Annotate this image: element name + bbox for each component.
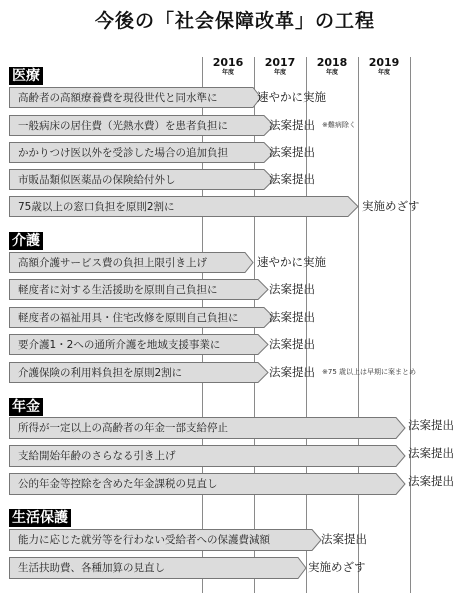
year-unit: 年度: [255, 69, 305, 76]
chart-title: 今後の「社会保障改革」の工程: [0, 6, 470, 33]
timeline-bar: 75歳以上の窓口負担を原則2割に: [9, 196, 359, 217]
milestone-label: 法案提出: [269, 362, 315, 383]
bar-label: 公的年金等控除を含めた年金課税の見直し: [18, 473, 218, 494]
bar-label: 介護保険の利用料負担を原則2割に: [18, 362, 182, 383]
milestone-label: 速やかに実施: [257, 87, 326, 108]
milestone-label: 法案提出: [269, 334, 315, 355]
year-label: 2016: [203, 57, 253, 69]
timeline-bar: 一般病床の居住費（光熱水費）を患者負担に: [9, 115, 275, 136]
timeline-bar: 要介護1・2への通所介護を地域支援事業に: [9, 334, 269, 355]
timeline-bar: 介護保険の利用料負担を原則2割に: [9, 362, 269, 383]
bar-label: 軽度者に対する生活援助を原則自己負担に: [18, 279, 218, 300]
year-header-2018: 2018 年度: [307, 57, 357, 76]
bar-label: 75歳以上の窓口負担を原則2割に: [18, 196, 175, 217]
year-label: 2019: [359, 57, 409, 69]
milestone-label: 実施めざす: [362, 196, 420, 217]
bar-label: 市販品類似医薬品の保険給付外し: [18, 169, 176, 190]
gridline-end: [410, 57, 411, 593]
year-header-2019: 2019 年度: [359, 57, 409, 76]
milestone-note: ※75 歳以上は早期に案まとめ: [322, 362, 416, 383]
year-label: 2017: [255, 57, 305, 69]
bar-label: 能力に応じた就労等を行わない受給者への保護費減額: [18, 529, 270, 550]
year-unit: 年度: [307, 69, 357, 76]
milestone-note: ※難病除く: [322, 115, 356, 136]
timeline-bar: 所得が一定以上の高齢者の年金一部支給停止: [9, 417, 406, 438]
bar-label: 軽度者の福祉用具・住宅改修を原則自己負担に: [18, 307, 239, 328]
timeline-bar: 生活扶助費、各種加算の見直し: [9, 557, 307, 578]
year-header-2017: 2017 年度: [255, 57, 305, 76]
section-medical: 医療: [9, 67, 43, 85]
milestone-label: 速やかに実施: [257, 252, 326, 273]
bar-label: かかりつけ医以外を受診した場合の追加負担: [18, 142, 228, 163]
milestone-label: 法案提出: [321, 529, 367, 550]
bar-label: 支給開始年齢のさらなる引き上げ: [18, 445, 176, 466]
milestone-label: 法案提出: [408, 415, 454, 436]
timeline-bar: 高額介護サービス費の負担上限引き上げ: [9, 252, 254, 273]
timeline-bar: 公的年金等控除を含めた年金課税の見直し: [9, 473, 406, 494]
gridline-2019: [358, 57, 359, 593]
section-pension: 年金: [9, 398, 43, 416]
bar-label: 生活扶助費、各種加算の見直し: [18, 557, 165, 578]
milestone-label: 法案提出: [269, 142, 315, 163]
milestone-label: 法案提出: [269, 279, 315, 300]
timeline-bar: 高齢者の高額療養費を現役世代と同水準に: [9, 87, 262, 108]
year-unit: 年度: [359, 69, 409, 76]
bar-label: 要介護1・2への通所介護を地域支援事業に: [18, 334, 220, 355]
section-nursing-care: 介護: [9, 232, 43, 250]
section-public-assistance: 生活保護: [9, 509, 71, 527]
bar-label: 高額介護サービス費の負担上限引き上げ: [18, 252, 207, 273]
bar-label: 所得が一定以上の高齢者の年金一部支給停止: [18, 417, 228, 438]
milestone-label: 法案提出: [269, 169, 315, 190]
milestone-label: 法案提出: [269, 115, 315, 136]
timeline-bar: 市販品類似医薬品の保険給付外し: [9, 169, 275, 190]
bar-label: 高齢者の高額療養費を現役世代と同水準に: [18, 87, 218, 108]
milestone-label: 法案提出: [408, 471, 454, 492]
milestone-label: 法案提出: [408, 443, 454, 464]
milestone-label: 実施めざす: [308, 557, 366, 578]
year-header-2016: 2016 年度: [203, 57, 253, 76]
timeline-bar: 能力に応じた就労等を行わない受給者への保護費減額: [9, 529, 322, 550]
bar-label: 一般病床の居住費（光熱水費）を患者負担に: [18, 115, 228, 136]
timeline-bar: かかりつけ医以外を受診した場合の追加負担: [9, 142, 275, 163]
timeline-bar: 支給開始年齢のさらなる引き上げ: [9, 445, 406, 466]
year-unit: 年度: [203, 69, 253, 76]
year-label: 2018: [307, 57, 357, 69]
milestone-label: 法案提出: [269, 307, 315, 328]
timeline-bar: 軽度者の福祉用具・住宅改修を原則自己負担に: [9, 307, 275, 328]
timeline-bar: 軽度者に対する生活援助を原則自己負担に: [9, 279, 269, 300]
